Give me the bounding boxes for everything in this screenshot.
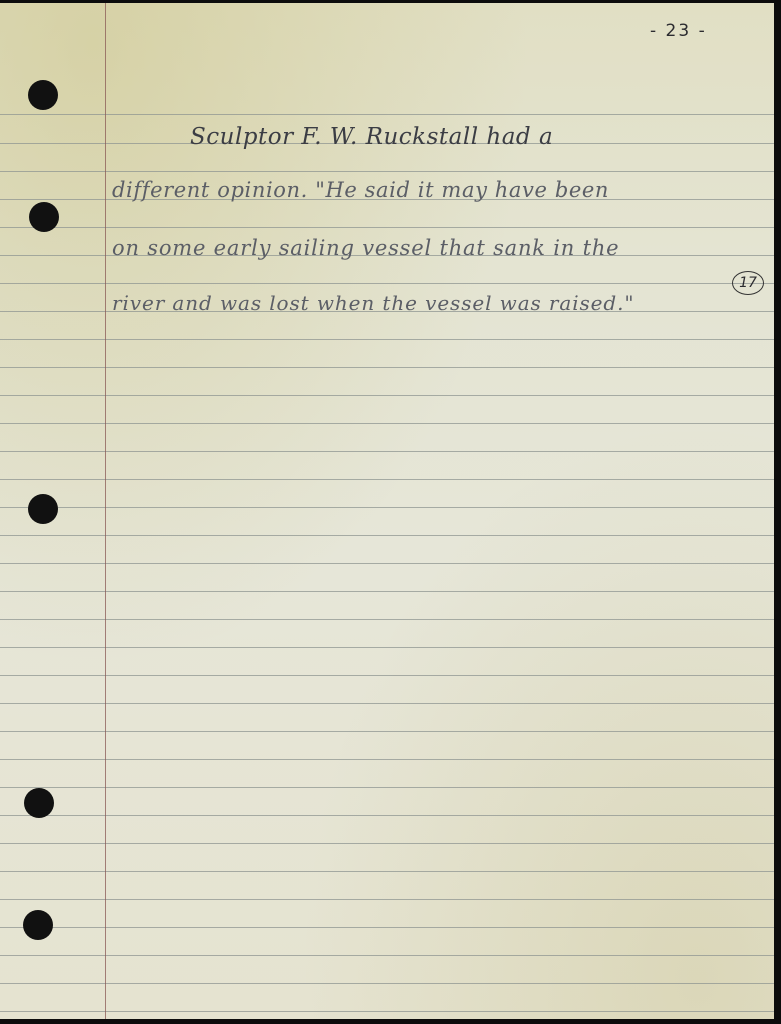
ruled-line [0,507,774,508]
ruled-line [0,423,774,424]
ruled-line [0,339,774,340]
ruled-line [0,563,774,564]
handwritten-line-1: Sculptor F. W. Ruckstall had a [190,124,553,150]
ruled-line [0,283,774,284]
ruled-line [0,227,774,228]
citation-marker: 17 [732,271,764,295]
ruled-line [0,451,774,452]
ruled-line [0,955,774,956]
binder-hole [28,80,58,110]
page-number: - 23 - [650,21,707,41]
binder-hole [23,910,53,940]
ruled-line [0,535,774,536]
ruled-line [0,787,774,788]
ruled-line [0,927,774,928]
ruled-line [0,703,774,704]
ruled-line [0,815,774,816]
ruled-line [0,367,774,368]
handwritten-line-2: different opinion. "He said it may have … [112,178,609,202]
ruled-line [0,591,774,592]
notebook-page: - 23 - Sculptor F. W. Ruckstall had a di… [0,3,774,1019]
ruled-line [0,114,774,115]
ruled-line [0,395,774,396]
ruled-line [0,619,774,620]
ruled-line [0,1011,774,1012]
ruled-line [0,171,774,172]
ruled-line [0,731,774,732]
binder-hole [28,494,58,524]
ruled-line [0,675,774,676]
ruled-line [0,983,774,984]
binder-hole [29,202,59,232]
binder-hole [24,788,54,818]
handwritten-line-3: on some early sailing vessel that sank i… [112,236,619,260]
ruled-line [0,647,774,648]
ruled-line [0,871,774,872]
ruled-line [0,759,774,760]
ruled-line [0,479,774,480]
ruled-line [0,899,774,900]
margin-line [105,3,106,1019]
ruled-line [0,843,774,844]
handwritten-line-4: river and was lost when the vessel was r… [112,291,634,315]
